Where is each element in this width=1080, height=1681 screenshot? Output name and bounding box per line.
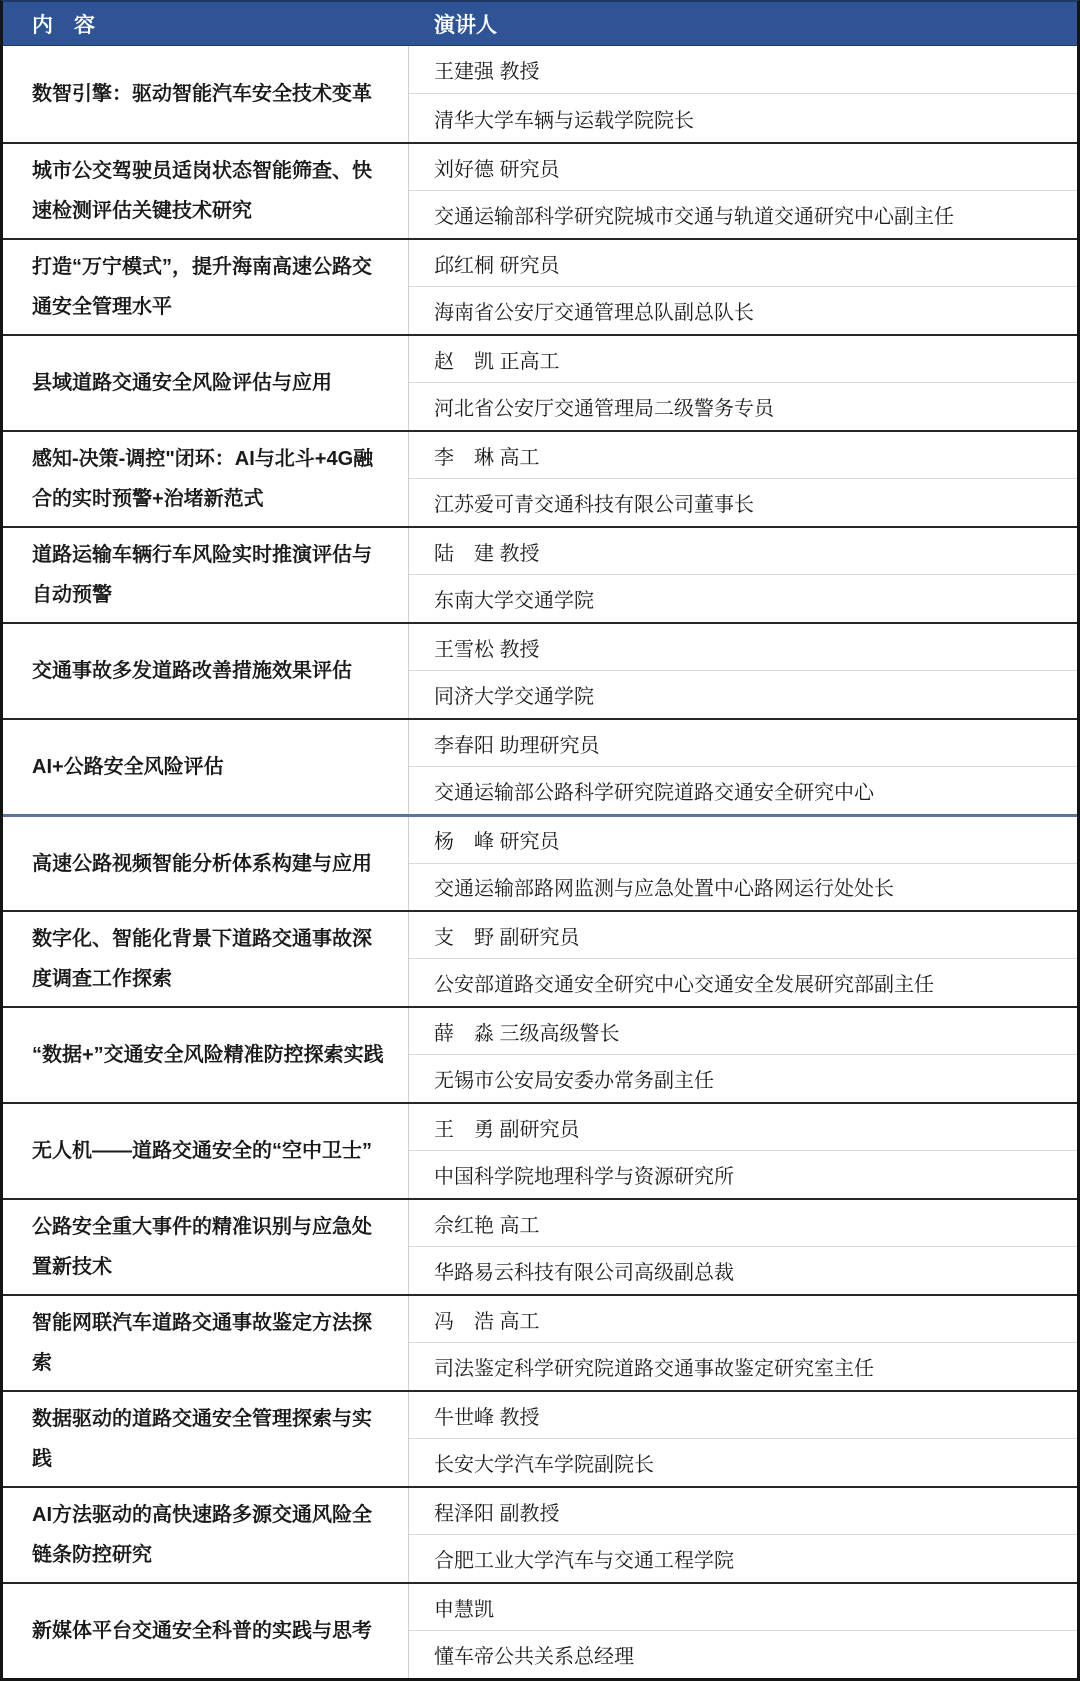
topic-cell: 数据驱动的道路交通安全管理探索与实践 xyxy=(3,1392,408,1486)
topic-cell: 交通事故多发道路改善措施效果评估 xyxy=(3,624,408,718)
table-row: 交通事故多发道路改善措施效果评估 王雪松 教授 同济大学交通学院 xyxy=(3,622,1077,718)
speaker-name: 冯 浩 高工 xyxy=(409,1296,1077,1343)
speaker-cell: 程泽阳 副教授 合肥工业大学汽车与交通工程学院 xyxy=(408,1488,1077,1582)
table-row: 智能网联汽车道路交通事故鉴定方法探索 冯 浩 高工 司法鉴定科学研究院道路交通事… xyxy=(3,1294,1077,1390)
speaker-affiliation: 长安大学汽车学院副院长 xyxy=(409,1439,1077,1486)
speaker-affiliation: 交通运输部科学研究院城市交通与轨道交通研究中心副主任 xyxy=(409,191,1077,238)
speaker-cell: 支 野 副研究员 公安部道路交通安全研究中心交通安全发展研究部副主任 xyxy=(408,912,1077,1006)
topic-text: 数据驱动的道路交通安全管理探索与实践 xyxy=(32,1399,390,1479)
speaker-name: 李春阳 助理研究员 xyxy=(409,720,1077,767)
topic-text: 数字化、智能化背景下道路交通事故深度调查工作探索 xyxy=(32,919,390,999)
topic-cell: AI+公路安全风险评估 xyxy=(3,720,408,814)
table-row: 城市公交驾驶员适岗状态智能筛查、快速检测评估关键技术研究 刘好德 研究员 交通运… xyxy=(3,142,1077,238)
speaker-name: 薛 淼 三级高级警长 xyxy=(409,1008,1077,1055)
speaker-name: 程泽阳 副教授 xyxy=(409,1488,1077,1535)
speaker-name: 申慧凯 xyxy=(409,1584,1077,1631)
table-row: 数字化、智能化背景下道路交通事故深度调查工作探索 支 野 副研究员 公安部道路交… xyxy=(3,910,1077,1006)
topic-text: 道路运输车辆行车风险实时推演评估与自动预警 xyxy=(32,535,390,615)
topic-cell: 新媒体平台交通安全科普的实践与思考 xyxy=(3,1584,408,1678)
speaker-cell: 邱红桐 研究员 海南省公安厅交通管理总队副总队长 xyxy=(408,240,1077,334)
speaker-name: 佘红艳 高工 xyxy=(409,1200,1077,1247)
speaker-name: 牛世峰 教授 xyxy=(409,1392,1077,1439)
speaker-name: 王 勇 副研究员 xyxy=(409,1104,1077,1151)
topic-text: 交通事故多发道路改善措施效果评估 xyxy=(32,651,352,691)
speaker-cell: 申慧凯 懂车帝公共关系总经理 xyxy=(408,1584,1077,1678)
topic-text: 数智引擎：驱动智能汽车安全技术变革 xyxy=(32,74,372,114)
speaker-affiliation: 清华大学车辆与运载学院院长 xyxy=(409,94,1077,142)
agenda-table: 内 容 演讲人 数智引擎：驱动智能汽车安全技术变革 王建强 教授 清华大学车辆与… xyxy=(0,0,1080,1681)
speaker-affiliation: 交通运输部公路科学研究院道路交通安全研究中心 xyxy=(409,767,1077,814)
topic-cell: 无人机——道路交通安全的“空中卫士” xyxy=(3,1104,408,1198)
speaker-affiliation: 河北省公安厅交通管理局二级警务专员 xyxy=(409,383,1077,430)
speaker-cell: 王建强 教授 清华大学车辆与运载学院院长 xyxy=(408,46,1077,142)
speaker-name: 刘好德 研究员 xyxy=(409,144,1077,191)
header-speaker-column: 演讲人 xyxy=(408,2,1077,45)
speaker-affiliation: 海南省公安厅交通管理总队副总队长 xyxy=(409,287,1077,334)
topic-cell: 公路安全重大事件的精准识别与应急处置新技术 xyxy=(3,1200,408,1294)
speaker-affiliation: 无锡市公安局安委办常务副主任 xyxy=(409,1055,1077,1102)
speaker-name: 支 野 副研究员 xyxy=(409,912,1077,959)
topic-text: AI+公路安全风险评估 xyxy=(32,747,224,787)
topic-text: 县域道路交通安全风险评估与应用 xyxy=(32,363,332,403)
speaker-cell: 牛世峰 教授 长安大学汽车学院副院长 xyxy=(408,1392,1077,1486)
topic-text: 公路安全重大事件的精准识别与应急处置新技术 xyxy=(32,1207,390,1287)
speaker-name: 王雪松 教授 xyxy=(409,624,1077,671)
speaker-name: 李 琳 高工 xyxy=(409,432,1077,479)
topic-text: 无人机——道路交通安全的“空中卫士” xyxy=(32,1131,372,1171)
table-row: 新媒体平台交通安全科普的实践与思考 申慧凯 懂车帝公共关系总经理 xyxy=(3,1582,1077,1678)
speaker-name: 王建强 教授 xyxy=(409,46,1077,94)
speaker-name: 杨 峰 研究员 xyxy=(409,817,1077,864)
speaker-cell: 李春阳 助理研究员 交通运输部公路科学研究院道路交通安全研究中心 xyxy=(408,720,1077,814)
topic-cell: 打造“万宁模式”，提升海南高速公路交通安全管理水平 xyxy=(3,240,408,334)
table-row: 无人机——道路交通安全的“空中卫士” 王 勇 副研究员 中国科学院地理科学与资源… xyxy=(3,1102,1077,1198)
table-row: AI方法驱动的高快速路多源交通风险全链条防控研究 程泽阳 副教授 合肥工业大学汽… xyxy=(3,1486,1077,1582)
topic-cell: 县域道路交通安全风险评估与应用 xyxy=(3,336,408,430)
topic-cell: 城市公交驾驶员适岗状态智能筛查、快速检测评估关键技术研究 xyxy=(3,144,408,238)
speaker-cell: 陆 建 教授 东南大学交通学院 xyxy=(408,528,1077,622)
table-row: 打造“万宁模式”，提升海南高速公路交通安全管理水平 邱红桐 研究员 海南省公安厅… xyxy=(3,238,1077,334)
topic-text: 智能网联汽车道路交通事故鉴定方法探索 xyxy=(32,1303,390,1383)
speaker-affiliation: 懂车帝公共关系总经理 xyxy=(409,1631,1077,1678)
topic-text: 高速公路视频智能分析体系构建与应用 xyxy=(32,844,372,884)
speaker-cell: 佘红艳 高工 华路易云科技有限公司高级副总裁 xyxy=(408,1200,1077,1294)
topic-text: 打造“万宁模式”，提升海南高速公路交通安全管理水平 xyxy=(32,247,390,327)
speaker-name: 赵 凯 正高工 xyxy=(409,336,1077,383)
speaker-cell: 刘好德 研究员 交通运输部科学研究院城市交通与轨道交通研究中心副主任 xyxy=(408,144,1077,238)
table-row: 道路运输车辆行车风险实时推演评估与自动预警 陆 建 教授 东南大学交通学院 xyxy=(3,526,1077,622)
topic-text: 感知-决策-调控"闭环：AI与北斗+4G融合的实时预警+治堵新范式 xyxy=(32,439,390,519)
speaker-cell: 冯 浩 高工 司法鉴定科学研究院道路交通事故鉴定研究室主任 xyxy=(408,1296,1077,1390)
speaker-affiliation: 同济大学交通学院 xyxy=(409,671,1077,718)
table-row: 感知-决策-调控"闭环：AI与北斗+4G融合的实时预警+治堵新范式 李 琳 高工… xyxy=(3,430,1077,526)
header-content-column: 内 容 xyxy=(3,2,408,45)
topic-cell: 智能网联汽车道路交通事故鉴定方法探索 xyxy=(3,1296,408,1390)
table-row: 数据驱动的道路交通安全管理探索与实践 牛世峰 教授 长安大学汽车学院副院长 xyxy=(3,1390,1077,1486)
table-row: 高速公路视频智能分析体系构建与应用 杨 峰 研究员 交通运输部路网监测与应急处置… xyxy=(3,814,1077,910)
topic-text: 新媒体平台交通安全科普的实践与思考 xyxy=(32,1611,372,1651)
topic-cell: 数智引擎：驱动智能汽车安全技术变革 xyxy=(3,46,408,142)
table-row: 数智引擎：驱动智能汽车安全技术变革 王建强 教授 清华大学车辆与运载学院院长 xyxy=(3,46,1077,142)
table-row: 公路安全重大事件的精准识别与应急处置新技术 佘红艳 高工 华路易云科技有限公司高… xyxy=(3,1198,1077,1294)
speaker-affiliation: 司法鉴定科学研究院道路交通事故鉴定研究室主任 xyxy=(409,1343,1077,1390)
topic-cell: “数据+”交通安全风险精准防控探索实践 xyxy=(3,1008,408,1102)
speaker-affiliation: 华路易云科技有限公司高级副总裁 xyxy=(409,1247,1077,1294)
topic-cell: 道路运输车辆行车风险实时推演评估与自动预警 xyxy=(3,528,408,622)
speaker-cell: 杨 峰 研究员 交通运输部路网监测与应急处置中心路网运行处处长 xyxy=(408,817,1077,910)
table-row: 县域道路交通安全风险评估与应用 赵 凯 正高工 河北省公安厅交通管理局二级警务专… xyxy=(3,334,1077,430)
speaker-affiliation: 东南大学交通学院 xyxy=(409,575,1077,622)
speaker-cell: 赵 凯 正高工 河北省公安厅交通管理局二级警务专员 xyxy=(408,336,1077,430)
topic-cell: 感知-决策-调控"闭环：AI与北斗+4G融合的实时预警+治堵新范式 xyxy=(3,432,408,526)
topic-cell: 数字化、智能化背景下道路交通事故深度调查工作探索 xyxy=(3,912,408,1006)
speaker-name: 陆 建 教授 xyxy=(409,528,1077,575)
speaker-affiliation: 交通运输部路网监测与应急处置中心路网运行处处长 xyxy=(409,864,1077,911)
table-body: 数智引擎：驱动智能汽车安全技术变革 王建强 教授 清华大学车辆与运载学院院长 城… xyxy=(3,46,1077,1678)
speaker-name: 邱红桐 研究员 xyxy=(409,240,1077,287)
topic-text: AI方法驱动的高快速路多源交通风险全链条防控研究 xyxy=(32,1495,390,1575)
table-header: 内 容 演讲人 xyxy=(3,2,1077,46)
speaker-affiliation: 合肥工业大学汽车与交通工程学院 xyxy=(409,1535,1077,1582)
speaker-cell: 李 琳 高工 江苏爱可青交通科技有限公司董事长 xyxy=(408,432,1077,526)
topic-cell: AI方法驱动的高快速路多源交通风险全链条防控研究 xyxy=(3,1488,408,1582)
topic-text: 城市公交驾驶员适岗状态智能筛查、快速检测评估关键技术研究 xyxy=(32,151,390,231)
speaker-cell: 薛 淼 三级高级警长 无锡市公安局安委办常务副主任 xyxy=(408,1008,1077,1102)
table-row: AI+公路安全风险评估 李春阳 助理研究员 交通运输部公路科学研究院道路交通安全… xyxy=(3,718,1077,814)
speaker-affiliation: 江苏爱可青交通科技有限公司董事长 xyxy=(409,479,1077,526)
speaker-cell: 王 勇 副研究员 中国科学院地理科学与资源研究所 xyxy=(408,1104,1077,1198)
table-row: “数据+”交通安全风险精准防控探索实践 薛 淼 三级高级警长 无锡市公安局安委办… xyxy=(3,1006,1077,1102)
speaker-cell: 王雪松 教授 同济大学交通学院 xyxy=(408,624,1077,718)
speaker-affiliation: 公安部道路交通安全研究中心交通安全发展研究部副主任 xyxy=(409,959,1077,1006)
topic-cell: 高速公路视频智能分析体系构建与应用 xyxy=(3,817,408,910)
speaker-affiliation: 中国科学院地理科学与资源研究所 xyxy=(409,1151,1077,1198)
topic-text: “数据+”交通安全风险精准防控探索实践 xyxy=(32,1035,384,1075)
